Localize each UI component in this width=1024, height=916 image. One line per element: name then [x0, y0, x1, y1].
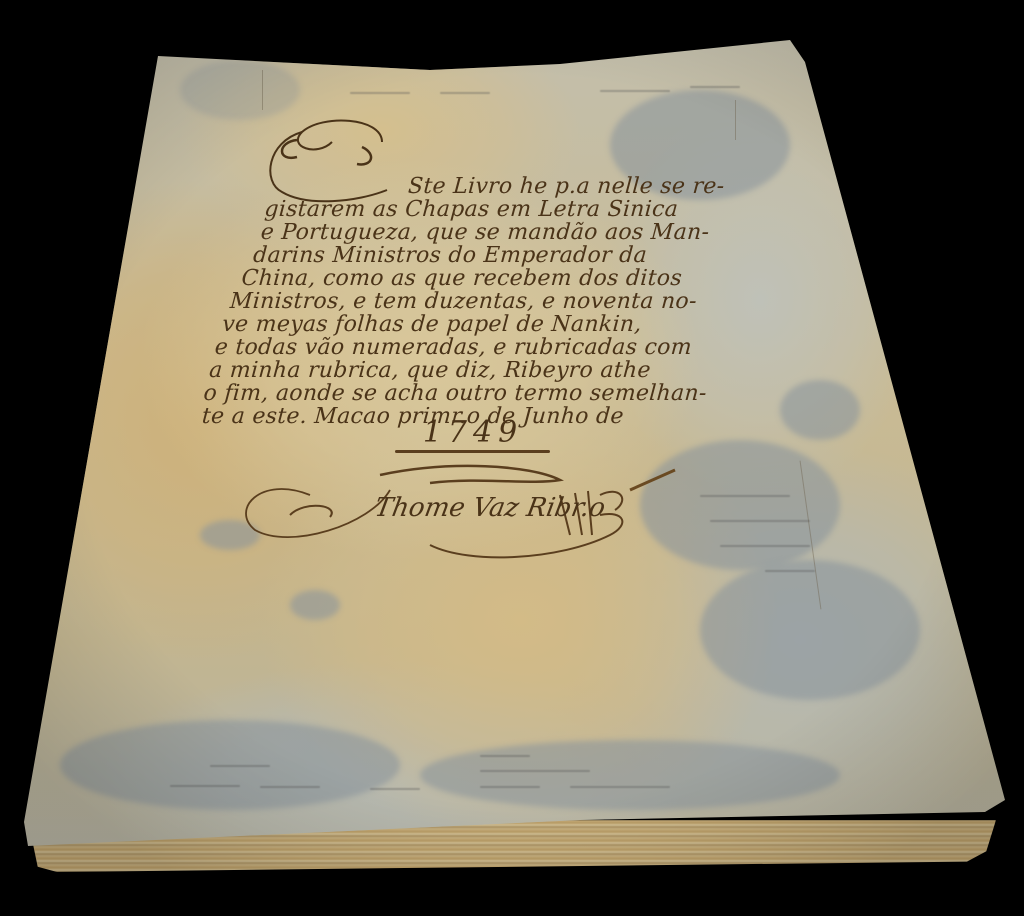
stain [700, 560, 920, 700]
manuscript-line: e Portugueza, que se mandão aos Man- [214, 221, 796, 244]
manuscript-text: Ste Livro he p.a nelle se re- gistarem a… [201, 175, 799, 428]
ruling-line [262, 70, 263, 110]
bleed-through-text [700, 495, 790, 497]
bleed-through-text [600, 90, 670, 92]
bleed-through-text [480, 755, 530, 757]
signature: Thome Vaz Ribr.o [230, 455, 690, 575]
bleed-through-text [170, 785, 240, 787]
manuscript-line: Ste Livro he p.a nelle se re- [217, 175, 799, 198]
bleed-through-text [765, 570, 815, 572]
bleed-through-text [480, 786, 540, 788]
signature-text: Thome Vaz Ribr.o [372, 493, 607, 523]
bleed-through-text [260, 786, 320, 788]
bleed-through-text [350, 92, 410, 94]
bleed-through-text [440, 92, 490, 94]
manuscript-line: e todas vão numeradas, e rubricadas com [206, 336, 788, 359]
bleed-through-text [570, 786, 670, 788]
stain [420, 740, 840, 810]
manuscript-line: China, como as que recebem dos ditos [211, 267, 793, 290]
manuscript-year: 1749 [398, 415, 548, 450]
stain [290, 590, 340, 620]
manuscript-line: a minha rubrica, que diz, Ribeyro athe [204, 359, 786, 382]
bleed-through-text [720, 545, 810, 547]
manuscript-line: Ministros, e tem duzentas, e noventa no- [209, 290, 791, 313]
year-underline [395, 450, 550, 453]
bleed-through-text [370, 788, 420, 790]
photo-background: Ste Livro he p.a nelle se re- gistarem a… [0, 0, 1024, 916]
stain [780, 380, 860, 440]
ruling-line [735, 100, 736, 140]
manuscript-line: ve meyas folhas de papel de Nankin, [208, 313, 790, 336]
manuscript-line: o fim, aonde se acha outro termo semelha… [203, 382, 785, 405]
bleed-through-text [710, 520, 810, 522]
bleed-through-text [690, 86, 740, 88]
stain [180, 60, 300, 120]
manuscript-line: gistarem as Chapas em Letra Sinica [216, 198, 798, 221]
bleed-through-text [210, 765, 270, 767]
manuscript-line: darins Ministros do Emperador da [212, 244, 794, 267]
bleed-through-text [480, 770, 590, 772]
